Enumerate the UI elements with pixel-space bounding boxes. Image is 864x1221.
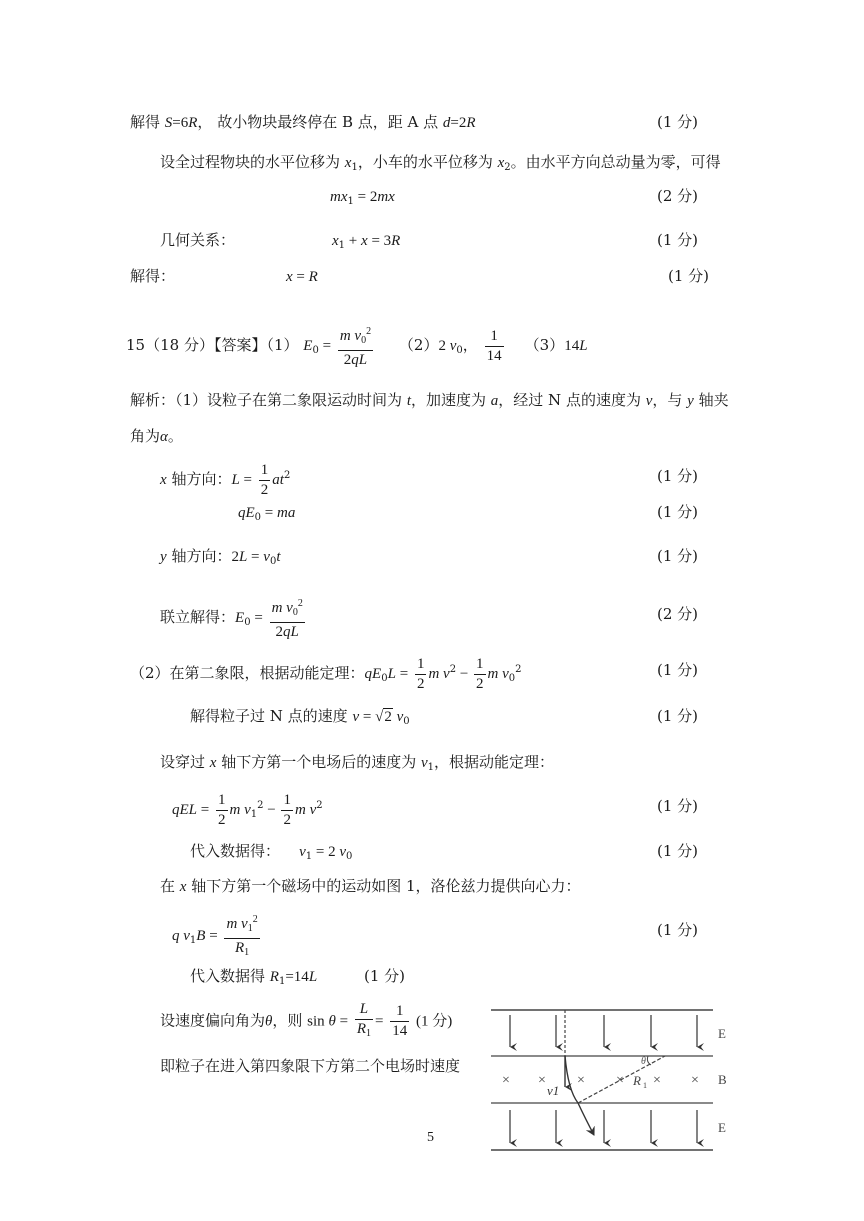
- field-label-middle: B: [718, 1072, 727, 1087]
- analysis-line-2: 角为α。: [130, 426, 183, 447]
- solve-s-line: 解得 S=6R， 故小物块最终停在 B 点，距 A 点 d=2R: [130, 112, 476, 133]
- n-point-velocity: 解得粒子过 N 点的速度 v = √2 v0: [190, 706, 410, 732]
- page-number: 5: [427, 1130, 434, 1146]
- geometry-equation: x1 + x = 3R: [332, 230, 400, 256]
- q15-answer-line: 15（18 分）【答案】（1） E0 = m v022qL （2）2 v0， 1…: [126, 322, 588, 373]
- score: (2 分): [657, 604, 698, 624]
- qel-equation: qEL = 12m v12 − 12m v2: [172, 786, 323, 835]
- score: (1 分): [657, 660, 698, 680]
- field-diagram: × × × × × × θ R 1 v1 E B E: [480, 995, 740, 1160]
- r1-result: 代入数据得 R1=14L: [190, 966, 317, 992]
- e0-result: 联立解得：E0 = m v022qL: [160, 594, 307, 643]
- electric-field-arrows-top: [510, 1015, 697, 1047]
- v1-setup-line: 设穿过 x 轴下方第一个电场后的速度为 v1，根据动能定理：: [160, 752, 554, 778]
- result-equation: x = R: [286, 266, 318, 287]
- score: (1 分): [364, 966, 405, 986]
- svg-text:×: ×: [691, 1073, 699, 1088]
- radius-subscript: 1: [643, 1081, 647, 1090]
- momentum-equation: mx1 = 2mx: [330, 186, 395, 212]
- score: (1 分): [657, 920, 698, 940]
- v1-result: 代入数据得： v1 = 2 v0: [190, 841, 352, 867]
- svg-text:×: ×: [653, 1073, 661, 1088]
- score: (1 分): [657, 502, 698, 522]
- solve-label: 解得：: [130, 266, 175, 286]
- radius-label: R: [632, 1073, 641, 1088]
- field-label-bottom: E: [718, 1120, 726, 1135]
- angle-arc: [647, 1056, 651, 1065]
- theta-label: θ: [641, 1056, 646, 1067]
- lorentz-equation: q v1B = m v12R1: [172, 910, 262, 962]
- svg-text:×: ×: [502, 1073, 510, 1088]
- magnetic-field-line: 在 x 轴下方第一个磁场中的运动如图 1，洛伦兹力提供向心力：: [160, 876, 581, 897]
- svg-text:×: ×: [577, 1073, 585, 1088]
- force-equation: qE0 = ma: [238, 502, 295, 528]
- analysis-line-1: 解析：（1）设粒子在第二象限运动时间为 t，加速度为 a，经过 N 点的速度为 …: [130, 390, 729, 411]
- svg-text:×: ×: [538, 1073, 546, 1088]
- score: (2 分): [657, 186, 698, 206]
- score: (1 分): [657, 796, 698, 816]
- geometry-label: 几何关系：: [160, 230, 235, 250]
- electric-field-arrows-bottom: [510, 1110, 697, 1143]
- score: (1 分): [668, 266, 709, 286]
- text: 解得: [130, 113, 165, 131]
- radius-dashed-line: [578, 1056, 665, 1103]
- score: (1 分): [657, 841, 698, 861]
- second-field-line: 即粒子在进入第四象限下方第二个电场时速度: [160, 1056, 460, 1076]
- score: (1 分): [657, 112, 698, 132]
- y-axis-equation: y 轴方向：2L = v0t: [160, 546, 280, 572]
- score: (1 分): [657, 466, 698, 486]
- displacement-setup-line: 设全过程物块的水平位移为 x1，小车的水平位移为 x2。由水平方向总动量为零，可…: [160, 152, 721, 178]
- v1-label: v1: [547, 1083, 559, 1098]
- q15-header: 15（18 分）【答案】: [126, 336, 266, 354]
- score: (1 分): [657, 230, 698, 250]
- x-axis-equation: x 轴方向：L = 12at2: [160, 456, 290, 500]
- trajectory-arc: [565, 1056, 594, 1135]
- magnetic-field-crosses: × × × × × ×: [502, 1073, 699, 1088]
- field-label-top: E: [718, 1026, 726, 1041]
- score: (1 分): [657, 706, 698, 726]
- svg-text:×: ×: [616, 1073, 624, 1088]
- score: (1 分): [657, 546, 698, 566]
- sin-theta-equation: 设速度偏向角为θ，则 sin θ = LR1= 114 (1 分): [160, 1000, 452, 1043]
- fraction: m v022qL: [338, 322, 373, 370]
- energy-theorem-equation: （2）在第二象限，根据动能定理：qE0L = 12m v2 − 12m v02: [130, 650, 522, 699]
